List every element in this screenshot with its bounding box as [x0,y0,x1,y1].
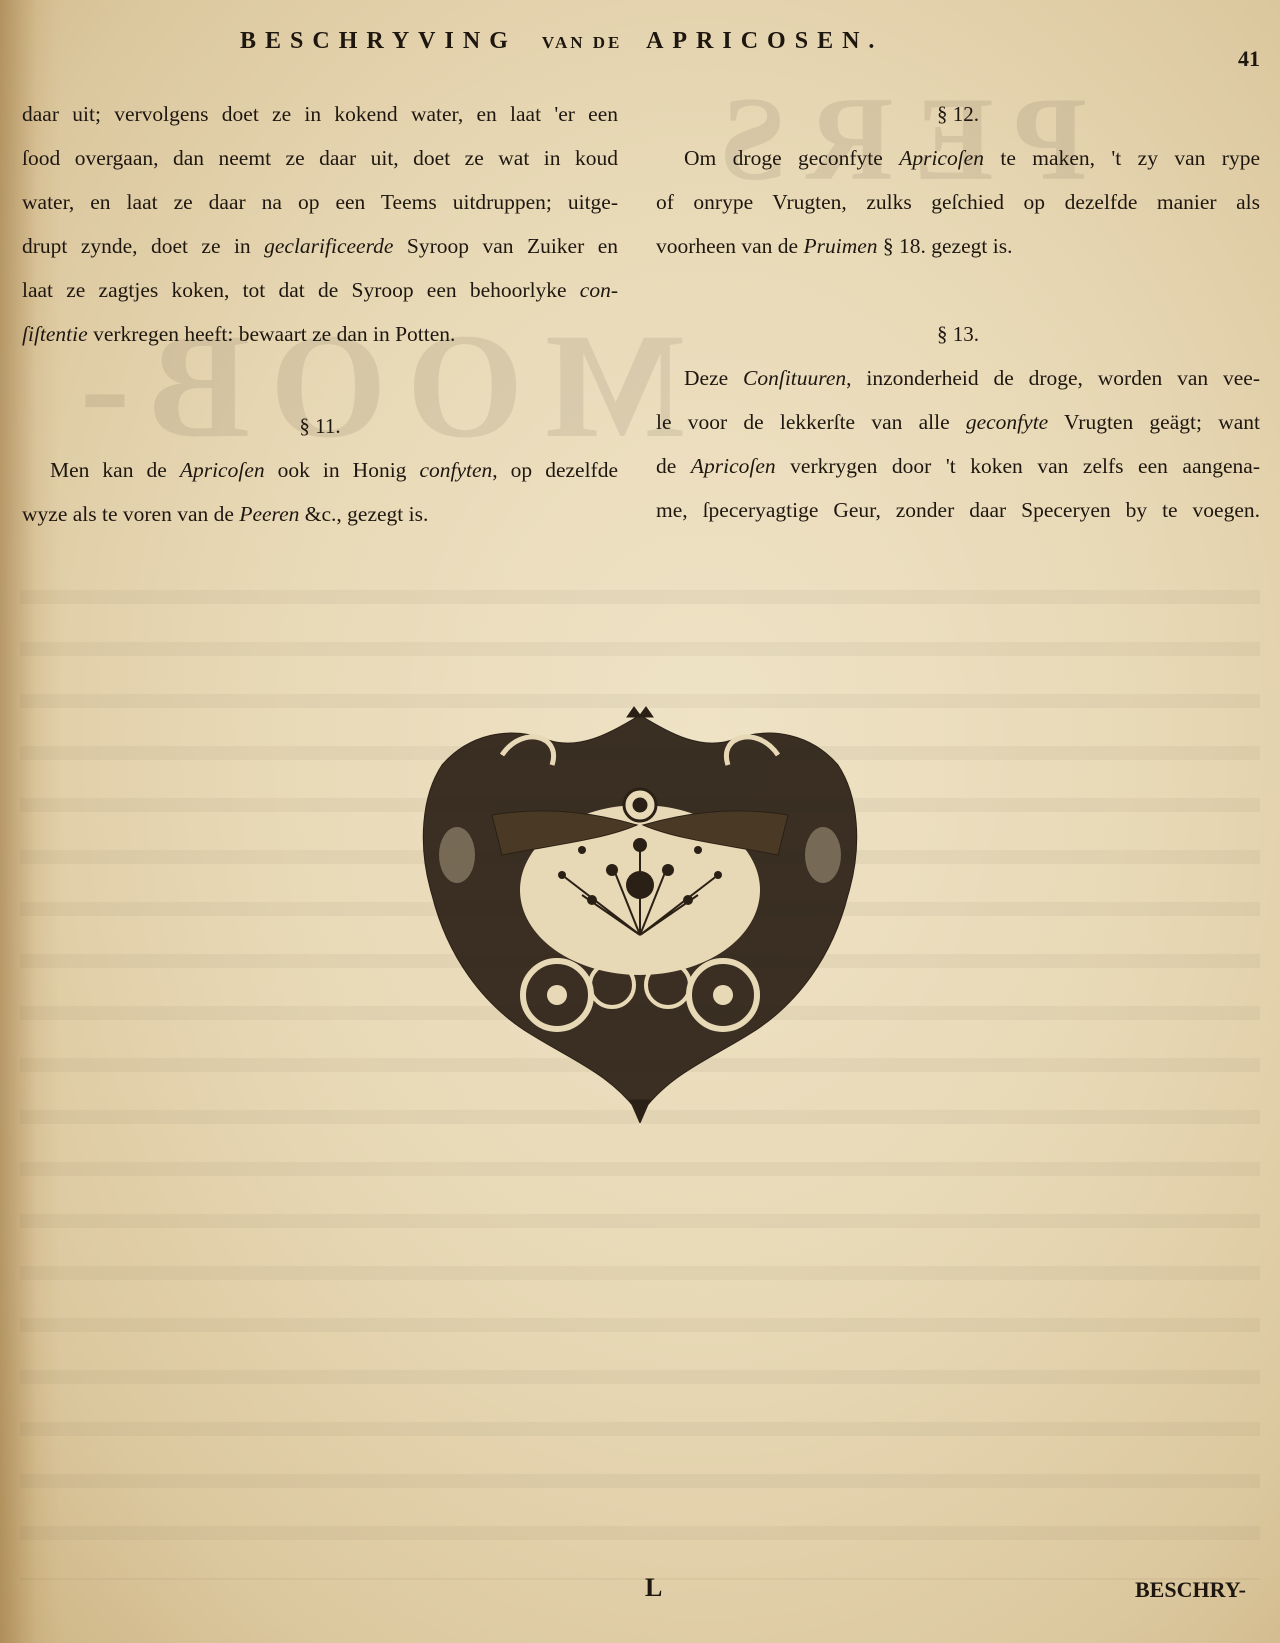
italic-term: Apricoſen [180,458,265,482]
section-heading-11: § 11. [22,404,618,448]
right-column: § 12. Om droge geconfyte Apricoſen te ma… [656,92,1260,532]
left-column: daar uit; vervolgens doet ze in kokend w… [22,92,618,536]
text-line: wyze als te voren van de Peeren &c., gez… [22,492,618,536]
text-line: voorheen van de Pruimen § 18. gezegt is. [656,224,1260,268]
text-line: ſood overgaan, dan neemt ze daar uit, do… [22,136,618,180]
signature-mark: L [645,1573,662,1603]
text-line: of onrype Vrugten, zulks geſchied op dez… [656,180,1260,224]
running-head-part3: APRICOSEN. [646,28,883,54]
text-line: le voor de lekkerſte van alle geconfyte … [656,400,1260,444]
text-line: Deze Conſituuren, inzonderheid de droge,… [656,356,1260,400]
italic-term: Apricoſen [899,146,984,170]
italic-term: Peeren [239,502,299,526]
text-line: daar uit; vervolgens doet ze in kokend w… [22,92,618,136]
section-heading-12: § 12. [656,92,1260,136]
text-line: Men kan de Apricoſen ook in Honig confyt… [22,448,618,492]
italic-term: Pruimen [803,234,877,258]
italic-term: geclarificeerde [264,234,393,258]
italic-term: con- [580,278,618,302]
text-line: me, ſpeceryagtige Geur, zonder daar Spec… [656,488,1260,532]
italic-term: Conſituuren [743,366,846,390]
text-line: drupt zynde, doet ze in geclarificeerde … [22,224,618,268]
running-head-part1: BESCHRYVING [240,28,517,54]
text-line: laat ze zagtjes koken, tot dat de Syroop… [22,268,618,312]
italic-term: geconfyte [966,410,1048,434]
italic-term: ſiſtentie [22,322,88,346]
text-line: ſiſtentie verkregen heeft: bewaart ze da… [22,312,618,356]
text-line: water, en laat ze daar na op een Teems u… [22,180,618,224]
text-line: Om droge geconfyte Apricoſen te maken, '… [656,136,1260,180]
running-head-part2: VAN DE [542,33,623,52]
italic-term: confyten [419,458,492,482]
text-line: de Apricoſen verkrygen door 't koken van… [656,444,1260,488]
italic-term: Apricoſen [691,454,776,478]
running-head: BESCHRYVING VAN DE APRICOSEN. [240,28,883,55]
page-number: 41 [1238,46,1260,72]
catchword: BESCHRY- [1135,1577,1246,1603]
section-heading-13: § 13. [656,312,1260,356]
baroque-tailpiece-ornament-icon [412,705,868,1123]
